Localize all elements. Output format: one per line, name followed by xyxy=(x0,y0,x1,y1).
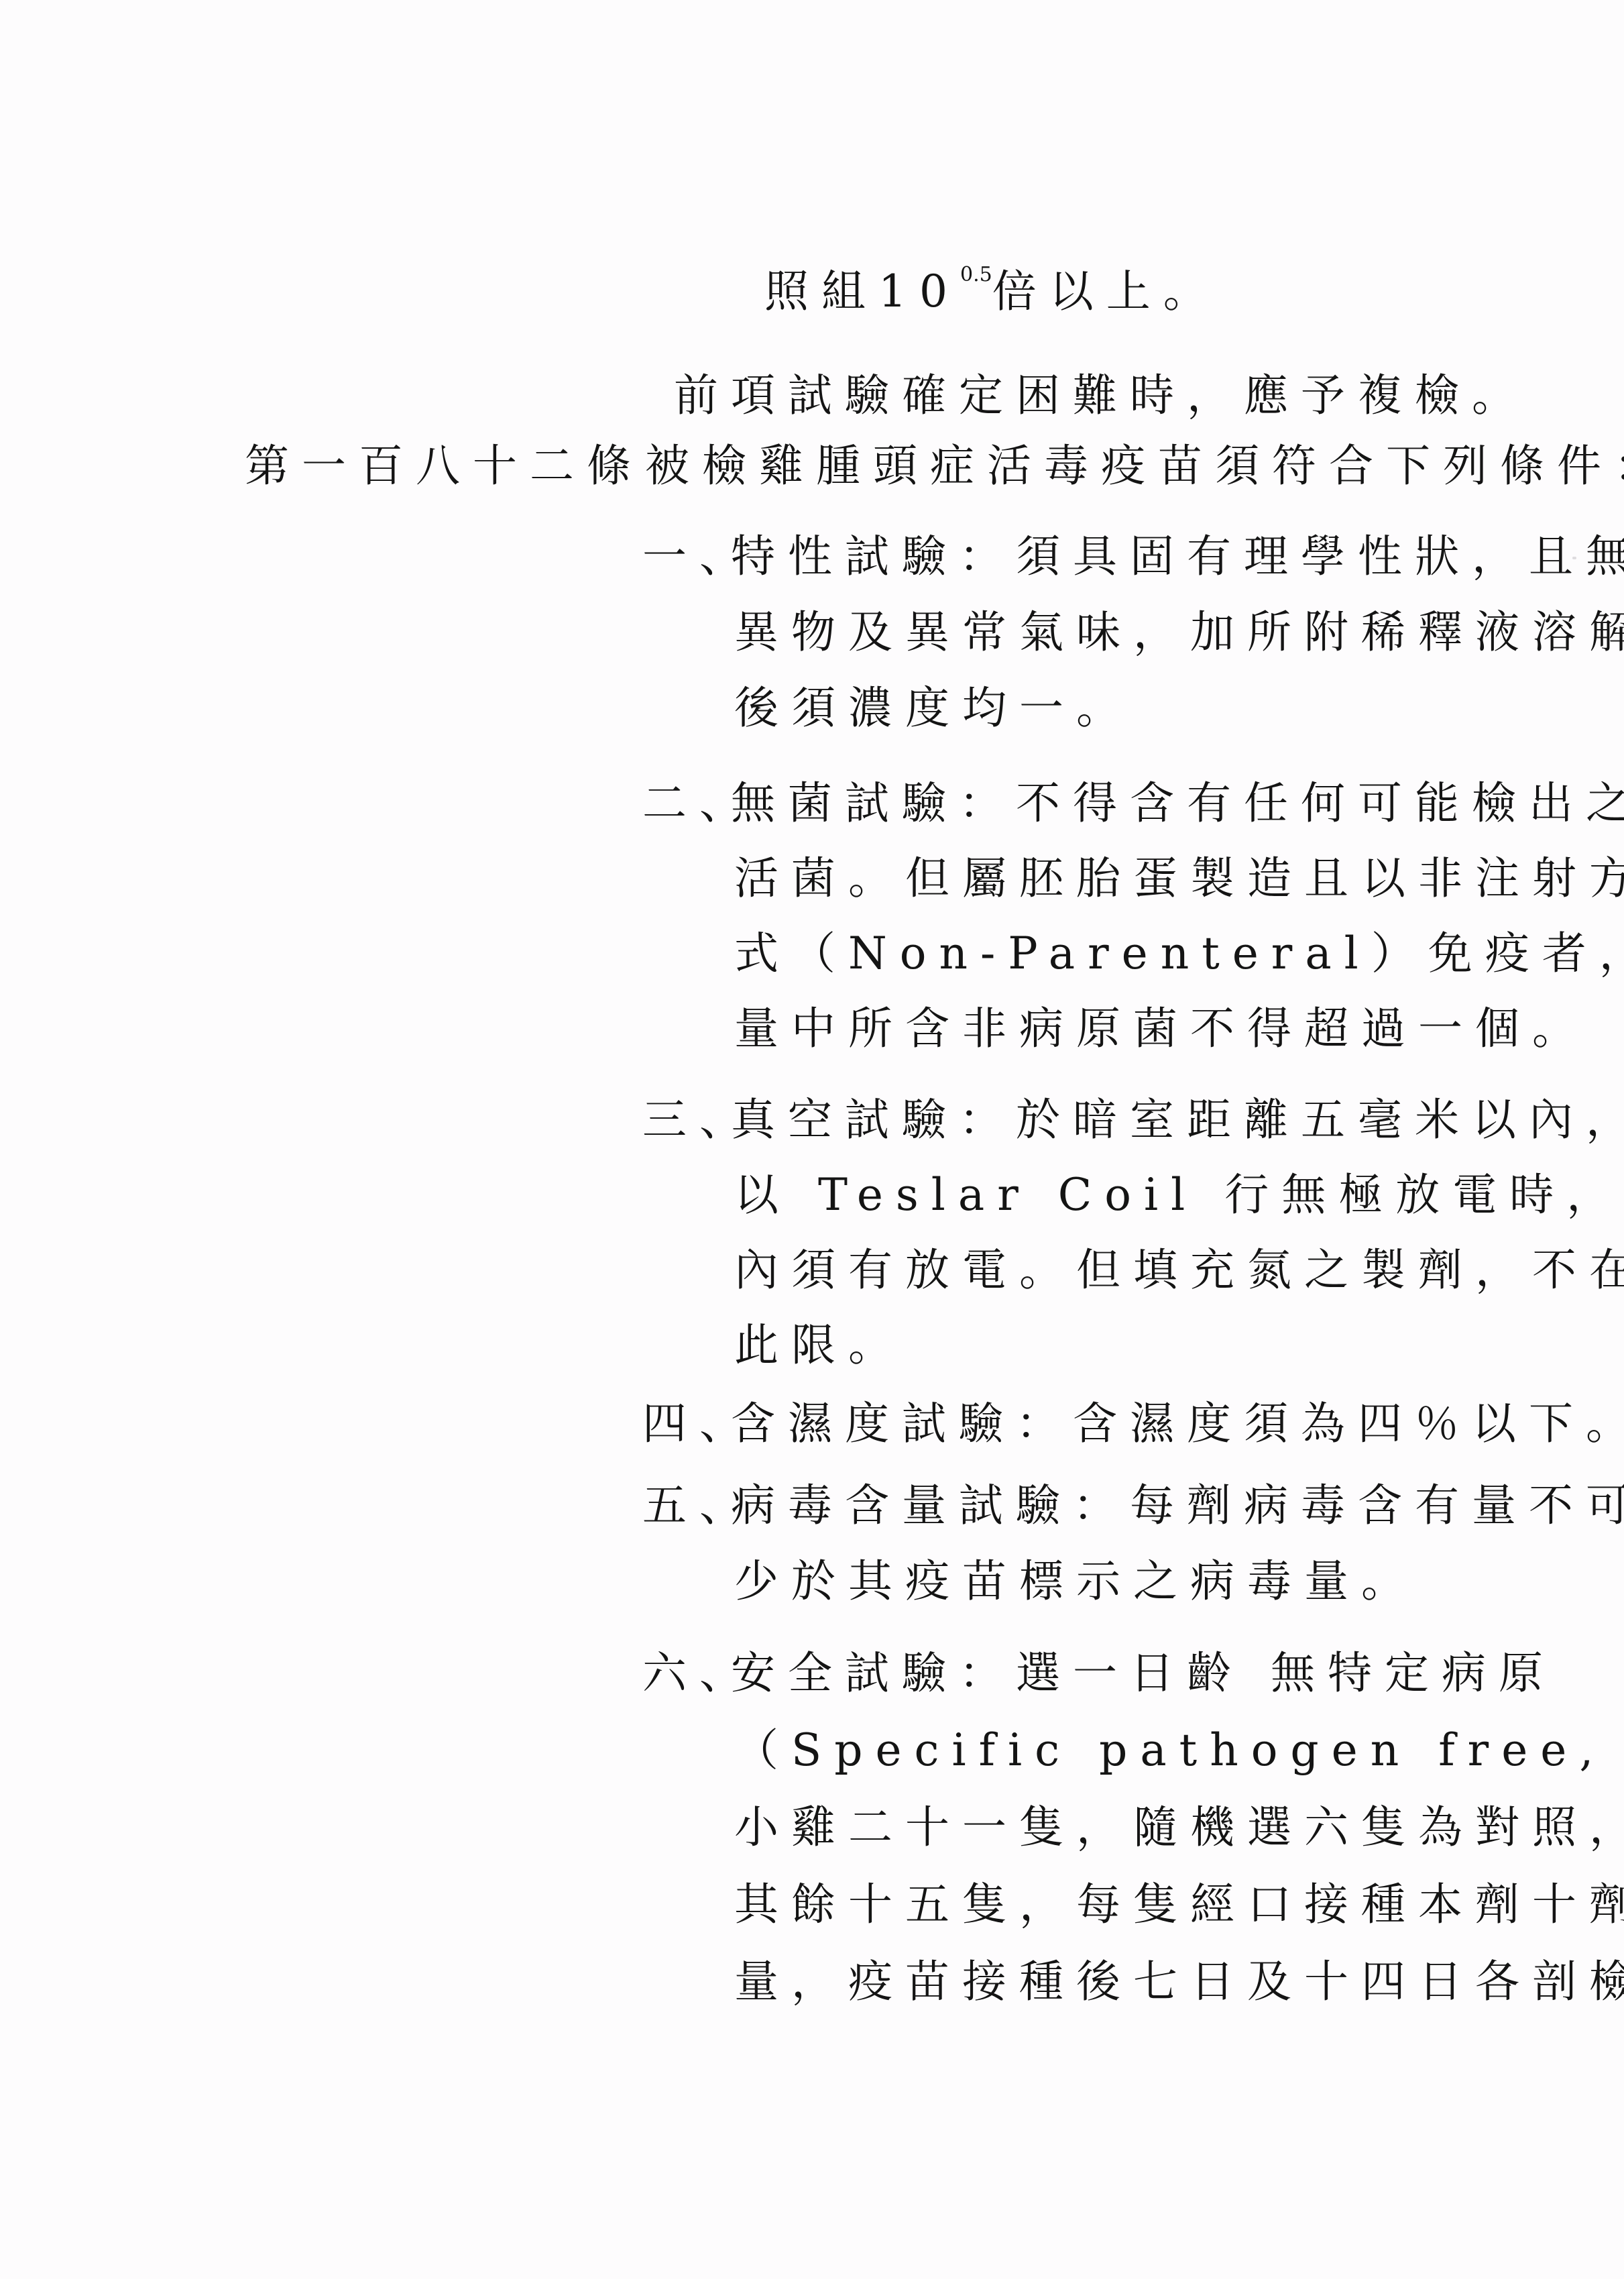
item-3-line-2: 以 Teslar Coil 行無極放電時，瓶 xyxy=(734,1168,1624,1222)
item-6-line-3: 小雞二十一隻，隨機選六隻為對照， xyxy=(734,1801,1624,1854)
item-1-line-3: 後須濃度均一。 xyxy=(734,681,1133,735)
item-6-line-5: 量，疫苗接種後七日及十四日各剖檢 xyxy=(734,1955,1624,2009)
item-1-line-1: 特性試驗：須具固有理學性狀，且無 xyxy=(731,530,1624,583)
item-5-line-2: 少於其疫苗標示之病毒量。 xyxy=(734,1555,1418,1608)
item-6-line-4: 其餘十五隻，每隻經口接種本劑十劑 xyxy=(734,1878,1624,1932)
exponent: 0.5 xyxy=(960,263,992,286)
item-6-line-2: （Specific pathogen free, SPF） xyxy=(734,1724,1624,1777)
item-2-line-2: 活菌。但屬胚胎蛋製造且以非注射方 xyxy=(734,852,1624,905)
item-4-line-1: 含濕度試驗：含濕度須為四％以下。 xyxy=(731,1397,1624,1451)
item-2-line-4: 量中所含非病原菌不得超過一個。 xyxy=(734,1002,1589,1056)
item-6-line-1: 安全試驗：選一日齡 無特定病原 xyxy=(731,1647,1556,1700)
document-page: 照組100.5倍以上。 前項試驗確定困難時，應予複檢。 第一百八十二條 被檢雞腫… xyxy=(0,0,1624,2279)
article-number: 第一百八十二條 xyxy=(245,439,644,493)
continuation-suffix: 倍以上。 xyxy=(992,266,1220,317)
item-2-line-1: 無菌試驗：不得含有任何可能檢出之 xyxy=(731,777,1624,830)
item-5-line-1: 病毒含量試驗：每劑病毒含有量不可 xyxy=(731,1479,1624,1533)
item-3-line-3: 內須有放電。但填充氮之製劑，不在 xyxy=(734,1243,1624,1297)
continuation-line: 照組100.5倍以上。 xyxy=(764,265,1220,319)
retest-note: 前項試驗確定困難時，應予複檢。 xyxy=(674,369,1529,423)
item-3-line-4: 此限。 xyxy=(734,1319,905,1372)
item-1-line-2: 異物及異常氣味，加所附稀釋液溶解 xyxy=(734,606,1624,659)
item-3-line-1: 真空試驗：於暗室距離五毫米以內， xyxy=(731,1093,1624,1147)
continuation-prefix: 照組10 xyxy=(764,266,960,317)
article-intro: 被檢雞腫頭症活毒疫苗須符合下列條件： xyxy=(645,439,1624,493)
item-2-line-3: 式（Non-Parenteral）免疫者，每劑 xyxy=(734,927,1624,981)
